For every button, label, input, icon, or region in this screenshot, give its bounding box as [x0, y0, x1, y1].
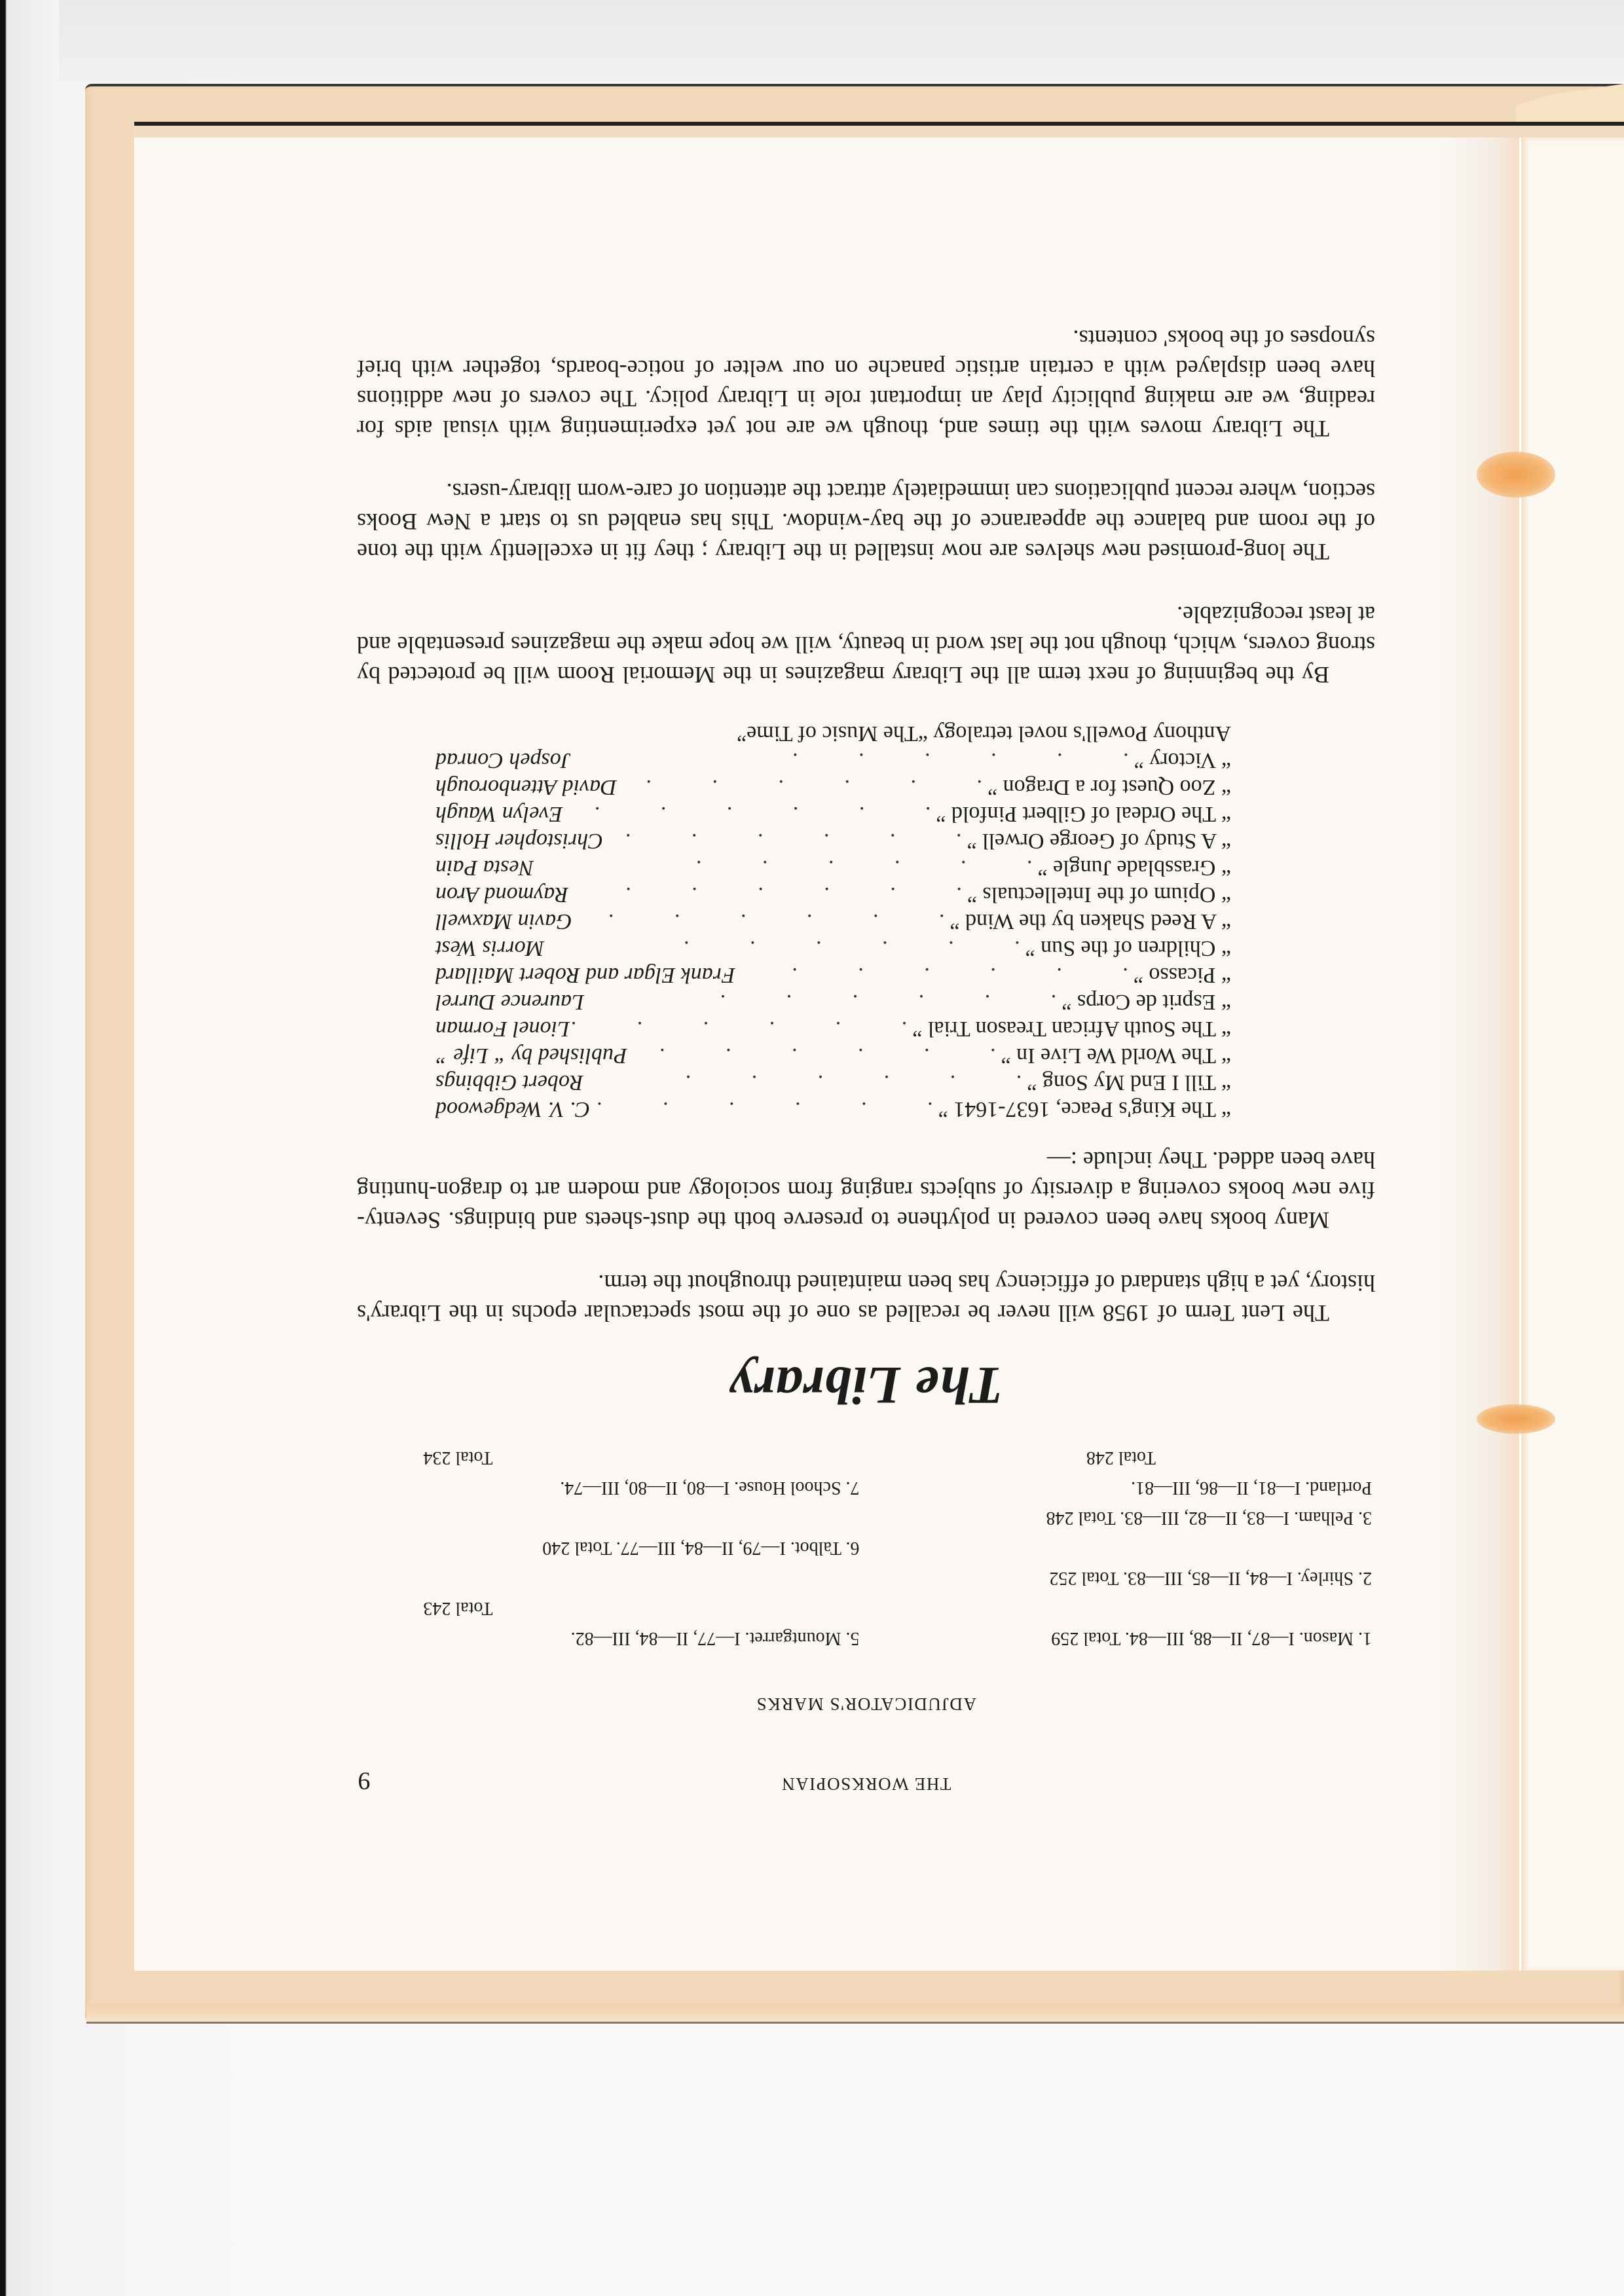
book-list-item: “ A Reed Shaken by the Wind ”. . . . . .… — [435, 908, 1231, 935]
page-number: 9 — [357, 1766, 371, 1795]
book-author: Frank Elgar and Robert Maillard — [435, 962, 735, 989]
dot-leader: . . . . . . — [572, 908, 950, 935]
dot-leader: . . . . . . — [590, 1096, 938, 1123]
book-title: “ The South African Treason Trial ” — [912, 1015, 1231, 1042]
book-title: “ The Ordeal of Gilbert Pinfold ” — [936, 801, 1231, 828]
marks-spacer — [357, 1503, 860, 1533]
book-author: Robert Gibbings — [435, 1069, 583, 1096]
book-author: David Attenborough — [435, 774, 617, 801]
adjudicators-marks-heading: ADJUDICATOR'S MARKS — [357, 1694, 1375, 1714]
book-author: Christopher Hollis — [435, 828, 603, 854]
article-paragraph: The Library moves with the times and, th… — [357, 323, 1375, 444]
dot-leader: . . . . . . — [583, 1069, 1027, 1096]
dot-leader: . . . . . . — [603, 828, 967, 854]
facing-page-edge — [1519, 137, 1624, 1971]
book-author: Jospeh Conrad — [435, 747, 571, 774]
book-title: “ Picasso ” — [1134, 962, 1231, 989]
book-title: “ Victory ” — [1134, 747, 1231, 774]
marks-line: Portland. I—81, II—86, III—81. — [873, 1472, 1373, 1503]
book-title: “ Grassblade Jungle ” — [1037, 854, 1231, 881]
dot-leader: . . . . . . — [571, 747, 1134, 774]
marks-left-column: 1. Mason. I—87, II—88, III—84. Total 259… — [873, 1442, 1376, 1653]
book-list-item: “ The King's Peace, 1637-1641 ”. . . . .… — [435, 1096, 1231, 1123]
cover-worn-edge — [86, 2003, 1624, 2024]
marks-line: 2. Shirley. I—84, II—85, III—83. Total 2… — [873, 1563, 1373, 1593]
book-list-item: “ The Ordeal of Gilbert Pinfold ”. . . .… — [435, 801, 1231, 828]
book-list-item: “ Till I End My Song ”. . . . . .Robert … — [435, 1069, 1231, 1096]
dot-leader: . . . . . . — [627, 1042, 1001, 1069]
article-paragraph: The long-promised new shelves are now in… — [357, 477, 1375, 567]
article-paragraph: Many books have been covered in polythen… — [357, 1145, 1375, 1235]
marks-line: 7. School House. I—80, II—80, III—74. — [357, 1472, 860, 1503]
book-title: “ The King's Peace, 1637-1641 ” — [938, 1096, 1231, 1123]
marks-total: Total 234 — [357, 1442, 860, 1472]
stain-mark — [1477, 1404, 1555, 1434]
marks-line: 5. Mountgarret. I—77, II—84, III—82. — [357, 1623, 860, 1653]
article-title: The Library — [357, 1355, 1375, 1416]
dot-leader: . . . . . . — [584, 989, 1061, 1015]
running-head-title: THE WORKSOPIAN — [357, 1774, 1375, 1794]
book-author: Laurence Durrel — [435, 989, 584, 1015]
book-list-item: “ Picasso ”. . . . . .Frank Elgar and Ro… — [435, 962, 1231, 989]
book-list-item: “ The World We Live In ”. . . . . .Publi… — [435, 1042, 1231, 1069]
book-title: “ Zoo Quest for a Dragon ” — [987, 774, 1231, 801]
marks-line: 3. Pelham. I—83, II—82, III—83. Total 24… — [873, 1503, 1373, 1533]
marks-spacer — [873, 1593, 1373, 1623]
dot-leader: . . . . . . — [544, 935, 1025, 962]
marks-right-column: 5. Mountgarret. I—77, II—84, III—82. Tot… — [357, 1442, 860, 1653]
book-list-item: “ Zoo Quest for a Dragon ”. . . . . .Dav… — [435, 774, 1231, 801]
dot-leader: . . . . . . — [617, 774, 987, 801]
book-list-note: Anthony Powell's novel tetralogy “The Mu… — [435, 720, 1231, 747]
book-author: Nesta Pain — [435, 854, 534, 881]
book-author: Lionel Forman — [435, 1015, 570, 1042]
marks-total: Total 243 — [357, 1593, 860, 1623]
marks-total: Total 248 — [873, 1442, 1373, 1472]
book-list-item: “ Victory ”. . . . . .Jospeh Conrad — [435, 747, 1231, 774]
gutter-shadow — [1441, 137, 1519, 1971]
dot-leader: . . . . . . — [563, 801, 936, 828]
book-author: Published by “ Life ” — [435, 1042, 627, 1069]
book-title: “ Till I End My Song ” — [1027, 1069, 1231, 1096]
new-books-list: “ The King's Peace, 1637-1641 ”. . . . .… — [435, 720, 1231, 1123]
article-paragraph: By the beginning of next term all the Li… — [357, 600, 1375, 690]
marks-spacer — [873, 1533, 1373, 1563]
book-title: “ Children of the Sun ” — [1025, 935, 1231, 962]
printed-content-rotated: THE WORKSOPIAN 9 ADJUDICATOR'S MARKS 1. … — [357, 308, 1375, 1794]
marks-line: 1. Mason. I—87, II—88, III—84. Total 259 — [873, 1623, 1373, 1653]
dot-leader: . . . . . . — [735, 962, 1134, 989]
scanner-lid-shadow — [59, 0, 1624, 82]
book-title: “ Opium of the Intellectuals ” — [967, 881, 1231, 908]
book-list-item: “ Esprit de Corps ”. . . . . .Laurence D… — [435, 989, 1231, 1015]
marks-line: 6. Talbot. I—79, II—84, III—77. Total 24… — [357, 1533, 860, 1563]
book-title: “ A Reed Shaken by the Wind ” — [950, 908, 1231, 935]
book-list-item: “ Opium of the Intellectuals ”. . . . . … — [435, 881, 1231, 908]
dot-leader: . . . . . . — [570, 1015, 912, 1042]
book-author: C. V. Wedgewood — [435, 1096, 590, 1123]
book-list-item: “ Children of the Sun ”. . . . . .Morris… — [435, 935, 1231, 962]
marks-spacer — [357, 1563, 860, 1593]
dot-leader: . . . . . . — [534, 854, 1037, 881]
running-head: THE WORKSOPIAN 9 — [357, 1755, 1375, 1794]
book-author: Raymond Aron — [435, 881, 568, 908]
book-list-item: “ A Study of George Orwell ”. . . . . .C… — [435, 828, 1231, 854]
book-author: Evelyn Waugh — [435, 801, 563, 828]
stain-mark — [1477, 452, 1555, 498]
article-paragraph: The Lent Term of 1958 will never be reca… — [357, 1268, 1375, 1328]
adjudicators-marks-table: 1. Mason. I—87, II—88, III—84. Total 259… — [357, 1442, 1375, 1653]
book-title: “ A Study of George Orwell ” — [967, 828, 1231, 854]
book-title: “ The World We Live In ” — [1001, 1042, 1231, 1069]
book-title: “ Esprit de Corps ” — [1061, 989, 1231, 1015]
book-list-item: “ Grassblade Jungle ”. . . . . .Nesta Pa… — [435, 854, 1231, 881]
book-author: Gavin Maxwell — [435, 908, 572, 935]
book-author: Morris West — [435, 935, 544, 962]
dot-leader: . . . . . . — [568, 881, 967, 908]
book-list-item: “ The South African Treason Trial ”. . .… — [435, 1015, 1231, 1042]
